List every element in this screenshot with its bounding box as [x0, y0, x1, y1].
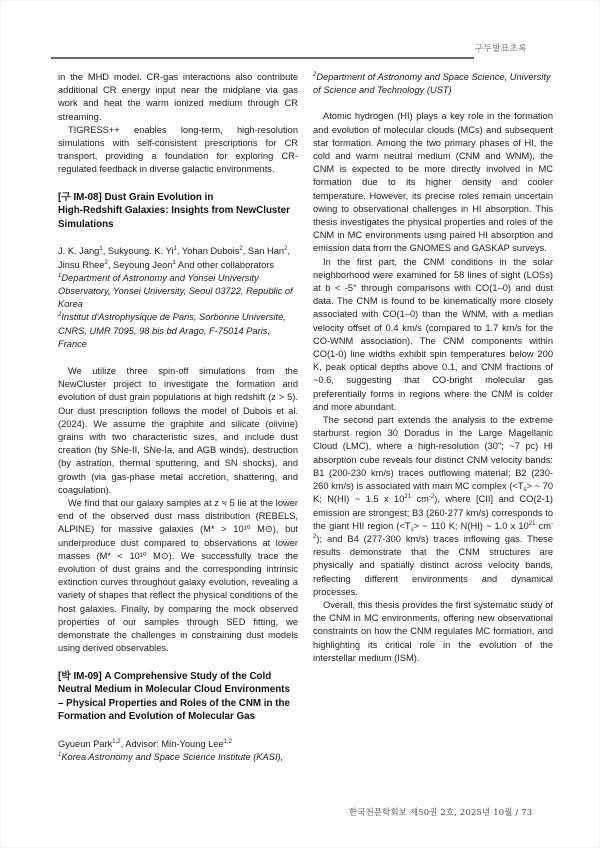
- author-list-im08: J. K. Jang1, Sukyoung. K. Yi1, Yohan Dub…: [58, 245, 298, 271]
- running-head: 구두발표초록: [475, 42, 527, 54]
- abstract-title-im08: [구 IM-08] Dust Grain Evolution in High-R…: [58, 191, 298, 232]
- abstract-body-im09: Atomic hydrogen (HI) plays a key role in…: [313, 110, 553, 255]
- abstract-body-im09: Overall, this thesis provides the first …: [313, 599, 553, 665]
- journal-page: 구두발표초록 in the MHD model. CR-gas interact…: [1, 1, 599, 847]
- author-list-im09: Gyueun Park1,2, Advisor: Min-Young Lee1,…: [58, 738, 298, 751]
- page-footer: 한국천문학회보 제50권 2호, 2025년 10월 / 73: [349, 806, 532, 818]
- left-column: in the MHD model. CR-gas interactions al…: [58, 71, 298, 764]
- header-rule: [51, 57, 474, 59]
- affiliation-1-im08: 1Department of Astronomy and Yonsei Univ…: [58, 272, 298, 312]
- affiliation-2-im08: 2Institut d'Astrophysique de Paris, Sorb…: [58, 311, 298, 351]
- continuation-paragraph: in the MHD model. CR-gas interactions al…: [58, 71, 298, 124]
- abstract-body-im09: The second part extends the analysis to …: [313, 414, 553, 599]
- abstract-body-im09: In the first part, the CNM conditions in…: [313, 256, 553, 414]
- affiliation-1-im09: 1Korea Astronomy and Space Science Insti…: [58, 751, 298, 764]
- continuation-paragraph: TIGRESS++ enables long-term, high-resolu…: [58, 124, 298, 177]
- affiliation-2-im09: 2Department of Astronomy and Space Scien…: [313, 71, 553, 97]
- abstract-body-im08: We find that our galaxy samples at z ≈ 5…: [58, 497, 298, 655]
- right-column: 2Department of Astronomy and Space Scien…: [313, 71, 553, 665]
- abstract-title-im09: [박 IM-09] A Comprehensive Study of the C…: [58, 670, 298, 724]
- abstract-body-im08: We utilize three spin-off simulations fr…: [58, 365, 298, 497]
